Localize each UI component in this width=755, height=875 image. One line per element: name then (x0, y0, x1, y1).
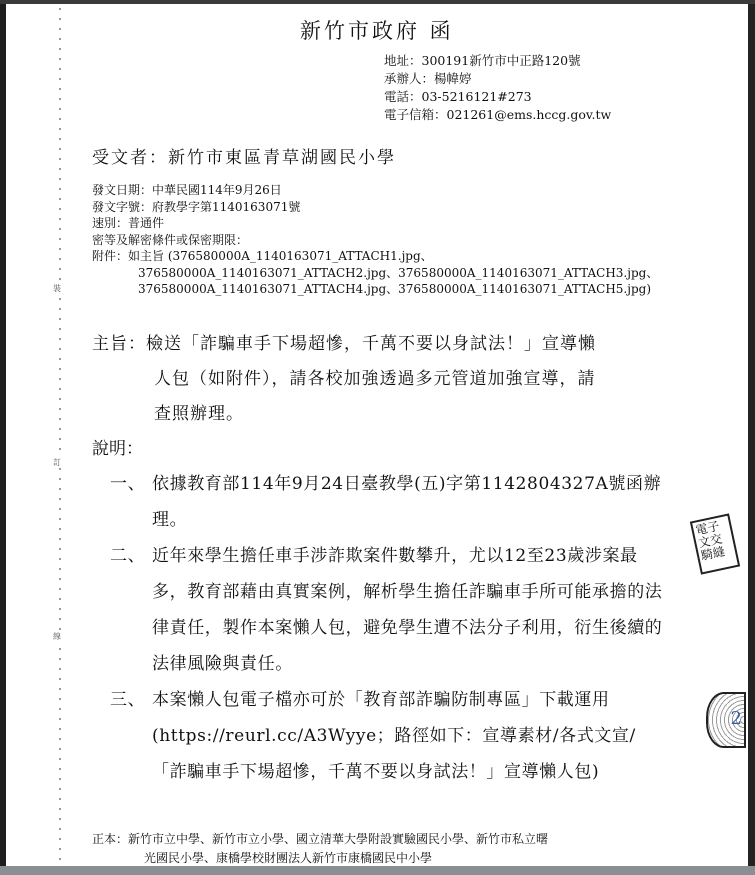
attachments-line-3: 376580000A_1140163071_ATTACH4.jpg、376580… (92, 281, 658, 298)
issue-date: 發文日期：中華民國114年9月26日 (92, 182, 658, 199)
binding-label-ding: 訂 (53, 458, 61, 468)
explanation-label: 說明： (92, 434, 143, 459)
document-title: 新竹市政府 函 (300, 15, 454, 45)
speed: 速別：普通件 (92, 215, 658, 232)
attachments-line-2: 376580000A_1140163071_ATTACH2.jpg、376580… (92, 265, 658, 282)
explanation-item: 二、 近年來學生擔任車手涉詐欺案件數攀升，尤以12至23歲涉案最多，教育部藉由真… (110, 538, 670, 682)
cc-line-2: 光國民小學、康橋學校財團法人新竹市康橋國民中小學 (92, 849, 682, 866)
subject-line-3: 查照辦理。 (92, 397, 667, 432)
confidentiality: 密等及解密條件或保密期限： (92, 232, 658, 249)
cc-block: 正本：新竹市立中學、新竹市立小學、國立清華大學附設實驗國民小學、新竹市私立曙 光… (92, 830, 682, 866)
email: 電子信箱：021261@ems.hccg.gov.tw (384, 106, 611, 124)
meta-block: 發文日期：中華民國114年9月26日 發文字號：府教學字第1140163071號… (92, 182, 658, 298)
item-number: 一、 (110, 466, 152, 538)
binding-label-xian: 線 (53, 632, 61, 642)
doc-number: 發文字號：府教學字第1140163071號 (92, 199, 658, 216)
contact-block: 地址：300191新竹市中正路120號 承辦人：楊幃婷 電話：03-521612… (384, 52, 611, 124)
viewer-right-edge (748, 4, 755, 875)
item-text: 本案懶人包電子檔亦可於「教育部詐騙防制專區」下載運用(https://reurl… (152, 682, 670, 790)
explanation-item: 三、 本案懶人包電子檔亦可於「教育部詐騙防制專區」下載運用(https://re… (110, 682, 670, 790)
binding-line (58, 4, 62, 866)
seam-stamp-icon: 電子 文交 騎縫 (690, 513, 740, 574)
phone: 電話：03-5216121#273 (384, 88, 611, 106)
document-page: 裝 訂 線 新竹市政府 函 地址：300191新竹市中正路120號 承辦人：楊幃… (6, 4, 748, 866)
page-number: 2 (731, 708, 742, 729)
item-number: 二、 (110, 538, 152, 682)
handler: 承辦人：楊幃婷 (384, 70, 611, 88)
address: 地址：300191新竹市中正路120號 (384, 52, 611, 70)
recipient: 受文者：新竹市東區青草湖國民小學 (92, 143, 396, 168)
attachments-line-1: 附件：如主旨 (376580000A_1140163071_ATTACH1.jp… (92, 248, 658, 265)
cc-line-1: 正本：新竹市立中學、新竹市立小學、國立清華大學附設實驗國民小學、新竹市私立曙 (92, 830, 682, 849)
subject-block: 主旨：檢送「詐騙車手下場超慘，千萬不要以身試法！」宣導懶 人包（如附件），請各校… (92, 327, 667, 432)
item-number: 三、 (110, 682, 152, 790)
page-seal-icon: 2 (706, 692, 746, 748)
subject-line-2: 人包（如附件），請各校加強透過多元管道加強宣導，請 (92, 362, 667, 397)
item-text: 近年來學生擔任車手涉詐欺案件數攀升，尤以12至23歲涉案最多，教育部藉由真實案例… (152, 538, 670, 682)
subject-line-1: 主旨：檢送「詐騙車手下場超慘，千萬不要以身試法！」宣導懶 (92, 327, 667, 362)
binding-label-zhuang: 裝 (53, 284, 61, 294)
explanation-list: 一、 依據教育部114年9月24日臺教學(五)字第1142804327A號函辦理… (110, 466, 670, 790)
explanation-item: 一、 依據教育部114年9月24日臺教學(五)字第1142804327A號函辦理… (110, 466, 670, 538)
item-text: 依據教育部114年9月24日臺教學(五)字第1142804327A號函辦理。 (152, 466, 670, 538)
viewer-bottom-bar (0, 866, 755, 875)
